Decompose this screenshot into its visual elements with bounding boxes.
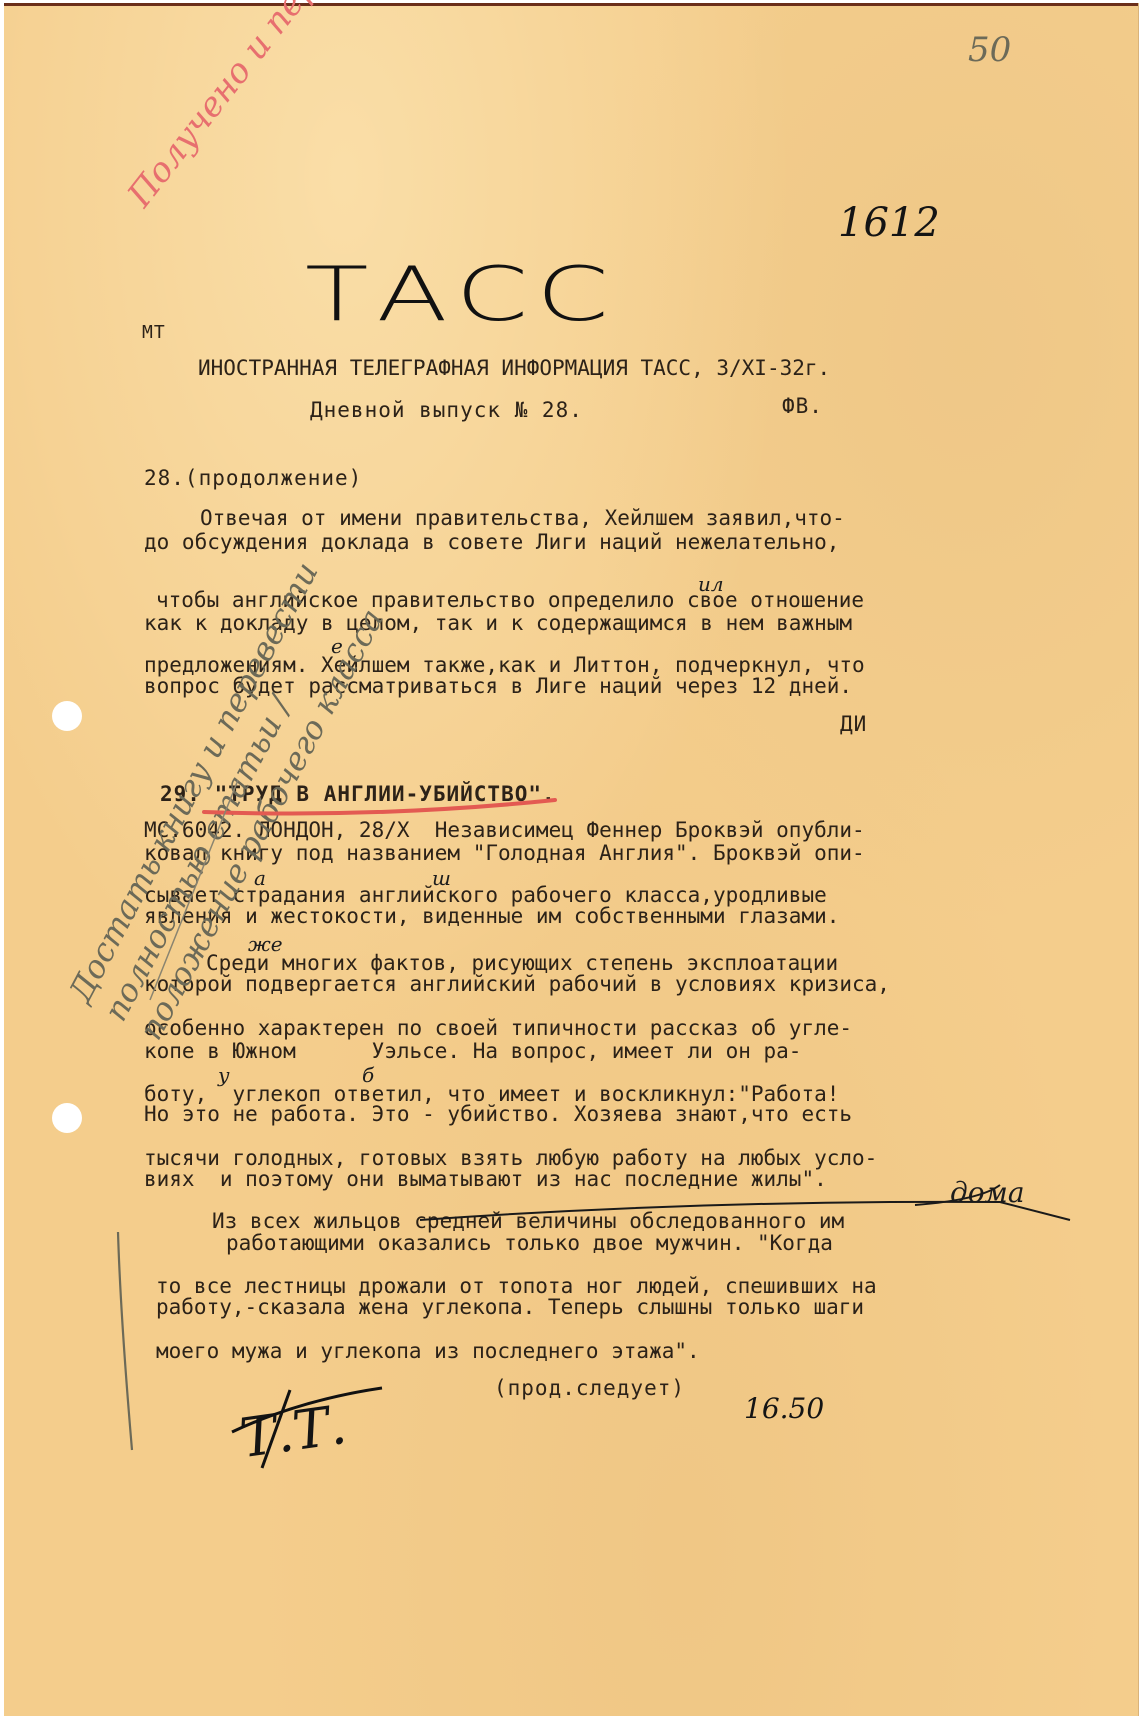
section-29-line: виях и поэтому они выматывают из нас пос…	[144, 1169, 827, 1190]
issue-code: ФВ.	[782, 396, 823, 417]
section-28-signoff: ДИ	[840, 714, 867, 735]
section-29-line: которой подвергается английский рабочий …	[144, 974, 890, 995]
issue-line: Дневной выпуск № 28.	[310, 400, 583, 421]
section-29-line: то все лестницы дрожали от топота ног лю…	[156, 1276, 877, 1297]
section-29-line: тысячи голодных, готовых взять любую раб…	[144, 1148, 877, 1169]
section-29-line: работающими оказались только двое мужчин…	[226, 1233, 833, 1254]
section-29-line: особенно характерен по своей типичности …	[144, 1018, 852, 1039]
continuation-note: (прод.следует)	[494, 1378, 685, 1399]
section-29-line: Среди многих фактов, рисующих степень эк…	[206, 953, 838, 974]
section-29-line: явления и жестокости, виденные им собств…	[144, 906, 839, 927]
section-29-line: Из всех жильцов средней величины обследо…	[212, 1211, 844, 1232]
time-stamp: 16.50	[744, 1392, 824, 1425]
section-29-line: копе в Южном Уэльсе. На вопрос, имеет ли…	[144, 1041, 801, 1062]
section-28-line: Отвечая от имени правительства, Хейлшем …	[200, 508, 845, 529]
section-29-line: работу,-сказала жена углекопа. Теперь сл…	[156, 1297, 864, 1318]
correction-mark: у	[218, 1063, 230, 1087]
correction-mark: дома	[950, 1176, 1025, 1209]
section-28-line: до обсуждения доклада в совете Лиги наци…	[144, 532, 839, 553]
header-title: ИНОСТРАННАЯ ТЕЛЕГРАФНАЯ ИНФОРМАЦИЯ ТАСС,…	[198, 358, 830, 379]
archive-folio-number: 50	[968, 30, 1011, 70]
correction-mark: ил	[698, 572, 724, 596]
correction-mark: ш	[432, 866, 451, 890]
correction-mark: б	[362, 1063, 374, 1087]
document-number: 1612	[838, 200, 940, 246]
punch-hole	[52, 1103, 82, 1133]
section-28-heading: 28.(продолжение)	[144, 468, 362, 489]
sender-mark: МТ	[142, 324, 166, 342]
tass-logo: ТАСС	[305, 250, 617, 338]
section-29-line: моего мужа и углекопа из последнего этаж…	[156, 1341, 700, 1362]
punch-hole	[52, 701, 82, 731]
section-29-line: Но это не работа. Это - убийство. Хозяев…	[144, 1104, 852, 1125]
correction-mark: же	[248, 932, 283, 956]
